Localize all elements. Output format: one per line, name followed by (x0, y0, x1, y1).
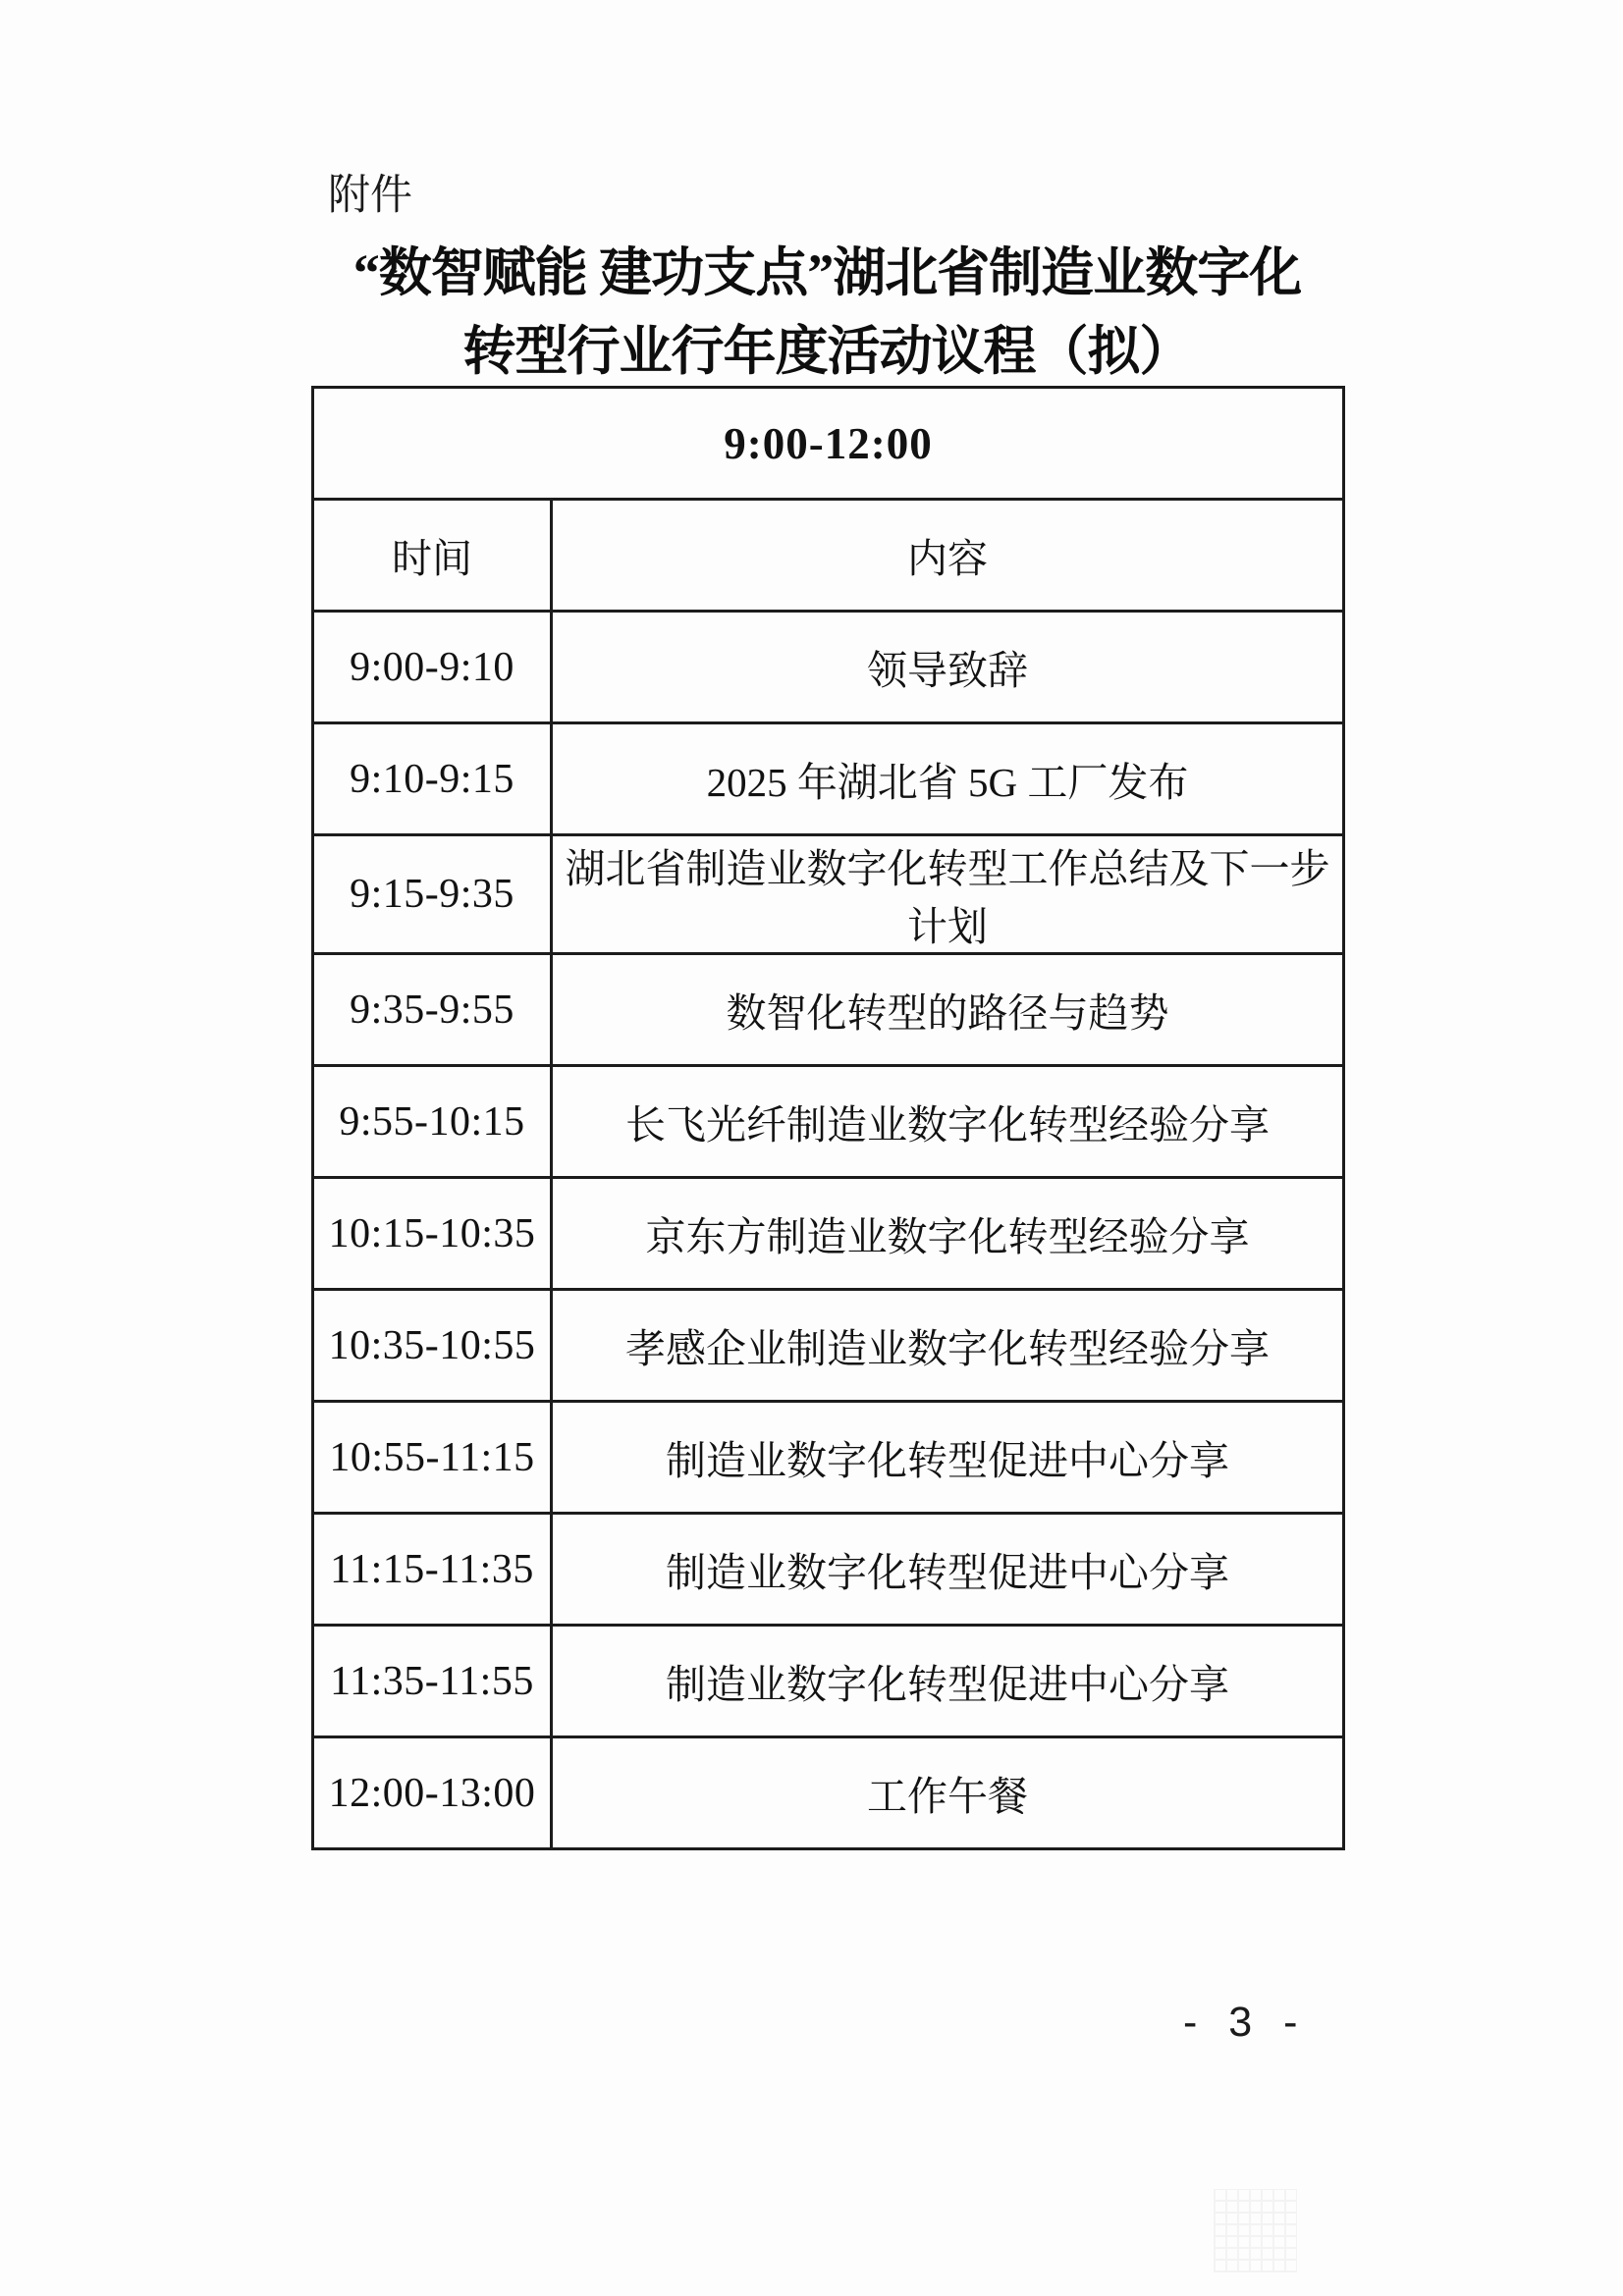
time-cell: 9:35-9:55 (313, 954, 552, 1066)
content-cell: 湖北省制造业数字化转型工作总结及下一步计划 (552, 835, 1344, 954)
table-row: 12:00-13:00工作午餐 (313, 1737, 1344, 1849)
scan-watermark-artifact (1214, 2189, 1297, 2272)
table-row: 10:55-11:15制造业数字化转型促进中心分享 (313, 1402, 1344, 1514)
content-cell: 制造业数字化转型促进中心分享 (552, 1402, 1344, 1514)
time-cell: 10:35-10:55 (313, 1290, 552, 1402)
time-cell: 9:00-9:10 (313, 612, 552, 723)
scanned-document-page: 附件 “数智赋能 建功支点”湖北省制造业数字化 转型行业行年度活动议程（拟） 9… (0, 0, 1623, 2296)
content-cell: 京东方制造业数字化转型经验分享 (552, 1178, 1344, 1290)
table-row: 9:35-9:55数智化转型的路径与趋势 (313, 954, 1344, 1066)
document-title: “数智赋能 建功支点”湖北省制造业数字化 转型行业行年度活动议程（拟） (295, 234, 1360, 391)
time-cell: 9:15-9:35 (313, 835, 552, 954)
column-header-content: 内容 (552, 500, 1344, 612)
time-cell: 12:00-13:00 (313, 1737, 552, 1849)
time-cell: 11:35-11:55 (313, 1626, 552, 1737)
table-row: 11:15-11:35制造业数字化转型促进中心分享 (313, 1514, 1344, 1626)
table-row: 10:15-10:35京东方制造业数字化转型经验分享 (313, 1178, 1344, 1290)
title-line-2: 转型行业行年度活动议程（拟） (295, 312, 1360, 391)
content-cell: 2025 年湖北省 5G 工厂发布 (552, 723, 1344, 835)
table-row: 11:35-11:55制造业数字化转型促进中心分享 (313, 1626, 1344, 1737)
session-header-row: 9:00-12:00 (313, 388, 1344, 500)
time-cell: 10:55-11:15 (313, 1402, 552, 1514)
content-cell: 工作午餐 (552, 1737, 1344, 1849)
column-header-row: 时间 内容 (313, 500, 1344, 612)
page-number: - 3 - (1183, 1999, 1307, 2047)
time-cell: 9:10-9:15 (313, 723, 552, 835)
content-cell: 数智化转型的路径与趋势 (552, 954, 1344, 1066)
attachment-label: 附件 (328, 173, 412, 219)
content-cell: 孝感企业制造业数字化转型经验分享 (552, 1290, 1344, 1402)
content-cell: 长飞光纤制造业数字化转型经验分享 (552, 1066, 1344, 1178)
time-cell: 10:15-10:35 (313, 1178, 552, 1290)
content-cell: 制造业数字化转型促进中心分享 (552, 1514, 1344, 1626)
table-row: 9:55-10:15长飞光纤制造业数字化转型经验分享 (313, 1066, 1344, 1178)
agenda-table: 9:00-12:00 时间 内容 9:00-9:10领导致辞9:10-9:152… (311, 386, 1345, 1850)
time-cell: 9:55-10:15 (313, 1066, 552, 1178)
agenda-table-head: 9:00-12:00 时间 内容 (313, 388, 1344, 612)
table-row: 10:35-10:55孝感企业制造业数字化转型经验分享 (313, 1290, 1344, 1402)
table-row: 9:10-9:152025 年湖北省 5G 工厂发布 (313, 723, 1344, 835)
column-header-time: 时间 (313, 500, 552, 612)
agenda-table-body: 9:00-9:10领导致辞9:10-9:152025 年湖北省 5G 工厂发布9… (313, 612, 1344, 1849)
title-line-1: “数智赋能 建功支点”湖北省制造业数字化 (295, 234, 1360, 312)
content-cell: 制造业数字化转型促进中心分享 (552, 1626, 1344, 1737)
table-row: 9:00-9:10领导致辞 (313, 612, 1344, 723)
time-cell: 11:15-11:35 (313, 1514, 552, 1626)
content-cell: 领导致辞 (552, 612, 1344, 723)
table-row: 9:15-9:35湖北省制造业数字化转型工作总结及下一步计划 (313, 835, 1344, 954)
session-time-range: 9:00-12:00 (313, 388, 1344, 500)
